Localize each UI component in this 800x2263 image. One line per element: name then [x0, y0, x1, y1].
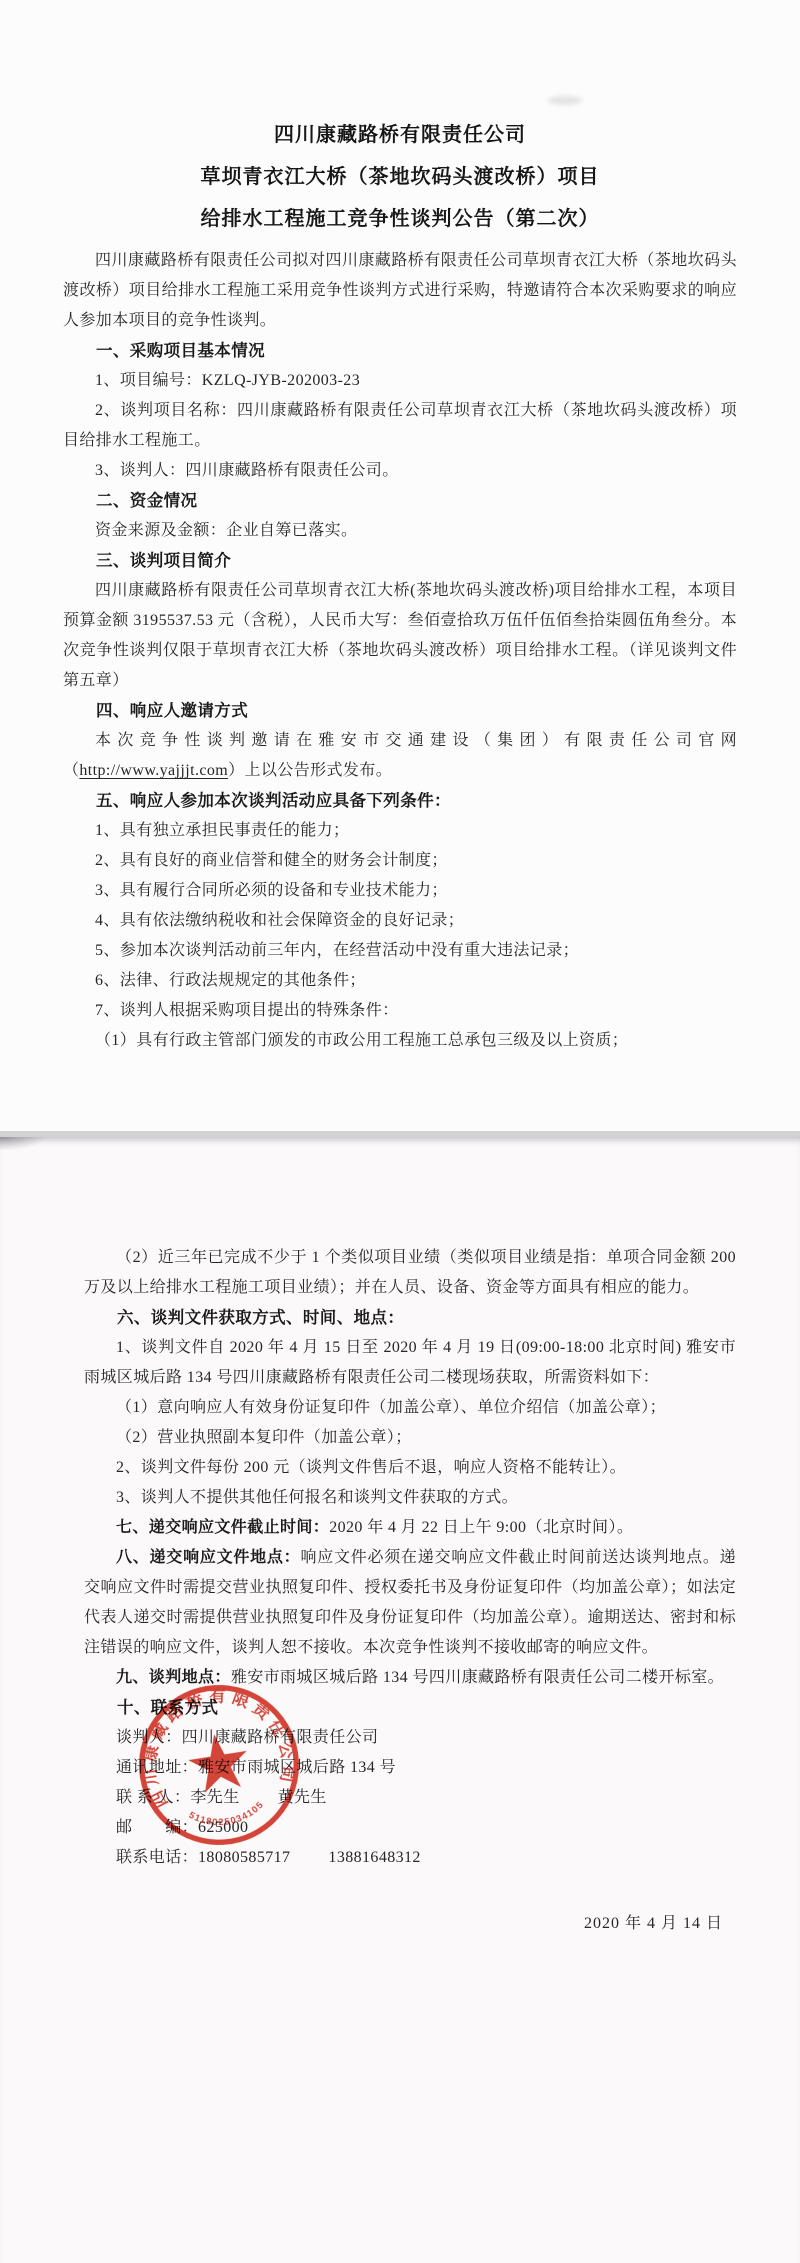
page-2: （2）近三年已完成不少于 1 个类似项目业绩（类似项目业绩是指：单项合同金额 2…	[0, 1137, 800, 2263]
project-name-line: 2、谈判项目名称：四川康藏路桥有限责任公司草坝青衣江大桥（茶地坎码头渡改桥）项目…	[63, 396, 737, 456]
condition-item-5: 5、参加本次谈判活动前三年内，在经营活动中没有重大违法记录；	[63, 936, 737, 966]
section-4-heading: 四、响应人邀请方式	[63, 696, 737, 726]
svg-text:5118025034105: 5118025034105	[186, 1798, 268, 1832]
condition-item-2: 2、具有良好的商业信誉和健全的财务会计制度；	[63, 846, 737, 876]
page-1: 四川康藏路桥有限责任公司 草坝青衣江大桥（茶地坎码头渡改桥）项目 给排水工程施工…	[0, 0, 800, 1131]
document-obtain-line: 1、谈判文件自 2020 年 4 月 15 日至 2020 年 4 月 19 日…	[84, 1333, 736, 1393]
special-condition-1: （1）具有行政主管部门颁发的市政公用工程施工总承包三级及以上资质；	[63, 1026, 737, 1056]
condition-item-6: 6、法律、行政法规规定的其他条件；	[63, 966, 737, 996]
special-condition-2: （2）近三年已完成不少于 1 个类似项目业绩（类似项目业绩是指：单项合同金额 2…	[84, 1243, 736, 1303]
condition-item-7: 7、谈判人根据采购项目提出的特殊条件：	[63, 996, 737, 1026]
section-2-heading: 二、资金情况	[63, 486, 737, 516]
title-line-1: 四川康藏路桥有限责任公司	[63, 114, 737, 156]
invitation-paragraph: 本次竞争性谈判邀请在雅安市交通建设（集团）有限责任公司官网（http://www…	[63, 726, 737, 786]
condition-item-3: 3、具有履行合同所必须的设备和专业技术能力；	[63, 876, 737, 906]
section-3-heading: 三、谈判项目简介	[63, 546, 737, 576]
scan-artifact	[548, 96, 582, 105]
obtain-requirement-1: （1）意向响应人有效身份证复印件（加盖公章）、单位介绍信（加盖公章）；	[84, 1393, 736, 1423]
document-fee-line: 2、谈判文件每份 200 元（谈判文件售后不退，响应人资格不能转让）。	[84, 1453, 736, 1483]
phone-number-2: 13881648312	[328, 1849, 420, 1866]
section-7-label: 七、递交响应文件截止时间：	[116, 1519, 329, 1536]
scanned-document: 四川康藏路桥有限责任公司 草坝青衣江大桥（茶地坎码头渡改桥）项目 给排水工程施工…	[0, 0, 800, 2263]
company-seal-stamp: 四川康藏路桥有限责任公司 5118025034105	[124, 1670, 314, 1860]
no-other-way-line: 3、谈判人不提供其他任何报名和谈判文件获取的方式。	[84, 1483, 736, 1513]
project-brief-paragraph: 四川康藏路桥有限责任公司草坝青衣江大桥(茶地坎码头渡改桥)项目给排水工程，本项目…	[63, 576, 737, 696]
funding-line: 资金来源及金额：企业自筹已落实。	[63, 516, 737, 546]
document-title: 四川康藏路桥有限责任公司 草坝青衣江大桥（茶地坎码头渡改桥）项目 给排水工程施工…	[63, 114, 737, 240]
project-number-line: 1、项目编号：KZLQ-JYB-202003-23	[63, 366, 737, 396]
section-8-label: 八、递交响应文件地点：	[116, 1549, 300, 1566]
announcement-date: 2020 年 4 月 14 日	[84, 1909, 723, 1939]
seal-star-icon	[185, 1730, 252, 1795]
intro-paragraph: 四川康藏路桥有限责任公司拟对四川康藏路桥有限责任公司草坝青衣江大桥（茶地坎码头渡…	[63, 246, 737, 336]
submission-place-paragraph: 八、递交响应文件地点：响应文件必须在递交响应文件截止时间前送达谈判地点。递交响应…	[84, 1543, 736, 1663]
phone-number-1: 18080585717	[198, 1849, 290, 1866]
negotiation-place-text: 雅安市雨城区城后路 134 号四川康藏路桥有限责任公司二楼开标室。	[231, 1669, 724, 1686]
deadline-text: 2020 年 4 月 22 日上午 9:00（北京时间）。	[329, 1519, 633, 1536]
deadline-paragraph: 七、递交响应文件截止时间：2020 年 4 月 22 日上午 9:00（北京时间…	[84, 1513, 736, 1543]
negotiator-line: 3、谈判人：四川康藏路桥有限责任公司。	[63, 456, 737, 486]
official-website-url: http://www.yajjjt.com	[79, 762, 228, 779]
invitation-text-after: ）上以公告形式发布。	[228, 762, 392, 779]
title-line-3: 给排水工程施工竞争性谈判公告（第二次）	[63, 198, 737, 240]
title-line-2: 草坝青衣江大桥（茶地坎码头渡改桥）项目	[63, 156, 737, 198]
seal-graphic: 四川康藏路桥有限责任公司 5118025034105	[124, 1670, 314, 1860]
section-6-heading: 六、谈判文件获取方式、时间、地点：	[84, 1303, 736, 1333]
seal-registration-number: 5118025034105	[186, 1798, 268, 1832]
condition-item-1: 1、具有独立承担民事责任的能力；	[63, 816, 737, 846]
section-1-heading: 一、采购项目基本情况	[63, 336, 737, 366]
obtain-requirement-2: （2）营业执照副本复印件（加盖公章）；	[84, 1423, 736, 1453]
section-5-heading: 五、响应人参加本次谈判活动应具备下列条件：	[63, 786, 737, 816]
condition-item-4: 4、具有依法缴纳税收和社会保障资金的良好记录；	[63, 906, 737, 936]
